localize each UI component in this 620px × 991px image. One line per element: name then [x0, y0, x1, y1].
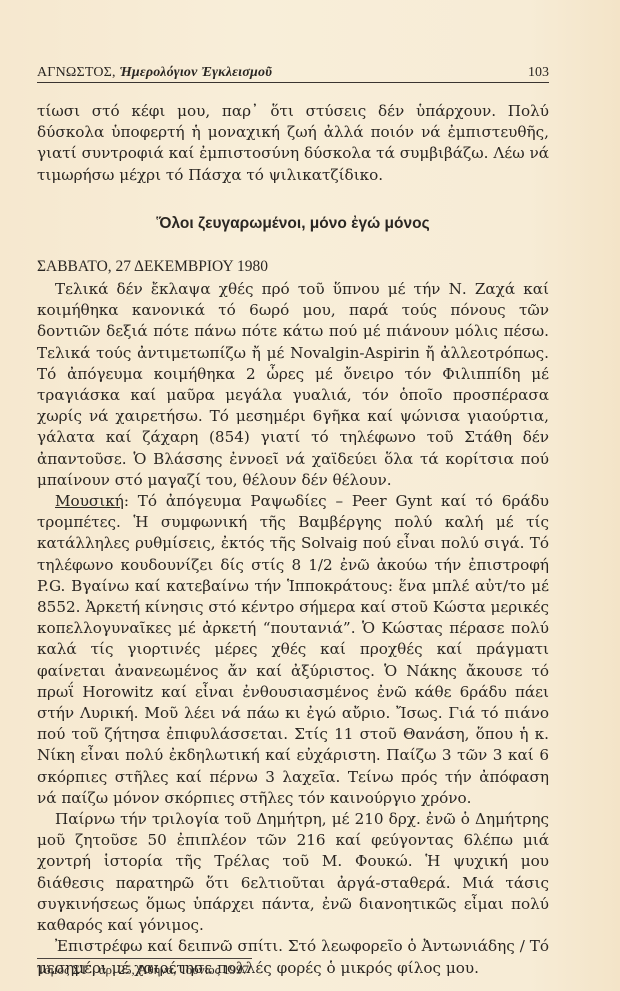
entry-paragraph-1: Τελικά δέν ἔκλαψα χθές πρό τοῦ ὕπνου μέ …	[37, 279, 549, 491]
work-title: Ἡμερολόγιον Ἐγκλεισμοῦ	[119, 65, 272, 80]
entry-paragraph-3: Παίρνω τήν τριλογία τοῦ Δημήτρη, μέ 210 …	[37, 809, 549, 936]
running-head: ΑΓΝΩΣΤΟΣ, Ἡμερολόγιον Ἐγκλεισμοῦ 103	[37, 63, 549, 83]
page-number: 103	[528, 65, 549, 81]
running-head-author: ΑΓΝΩΣΤΟΣ, Ἡμερολόγιον Ἐγκλεισμοῦ	[37, 65, 272, 81]
author-name: ΑΓΝΩΣΤΟΣ,	[37, 65, 116, 80]
entry-date: ΣΑΒΒΑΤΟ, 27 ΔΕΚΕΜΒΡΙΟΥ 1980	[37, 258, 268, 276]
music-label: Μουσική	[55, 492, 124, 510]
entry-paragraph-2: Μουσική: Τό ἀπόγευμα Ραψωδίες – Peer Gyn…	[37, 491, 549, 809]
section-title: Ὅλοι ζευγαρωμένοι, μόνο ἐγώ μόνος	[37, 215, 549, 233]
footer-citation: Τόμος ΣΤ΄, ἀρ. 25, Ἀθήνα, Ἰούνιος 1997	[37, 962, 249, 978]
entry-body: Τελικά δέν ἔκλαψα χθές πρό τοῦ ὕπνου μέ …	[37, 279, 549, 979]
footer-rule	[37, 958, 252, 959]
intro-paragraph-block: τίωσι στό κέφι μου, παρ᾿ ὅτι στύσεις δέν…	[37, 101, 549, 186]
intro-paragraph: τίωσι στό κέφι μου, παρ᾿ ὅτι στύσεις δέν…	[37, 101, 549, 186]
music-paragraph-text: : Τό ἀπόγευμα Ραψωδίες – Peer Gynt καί τ…	[37, 492, 549, 807]
